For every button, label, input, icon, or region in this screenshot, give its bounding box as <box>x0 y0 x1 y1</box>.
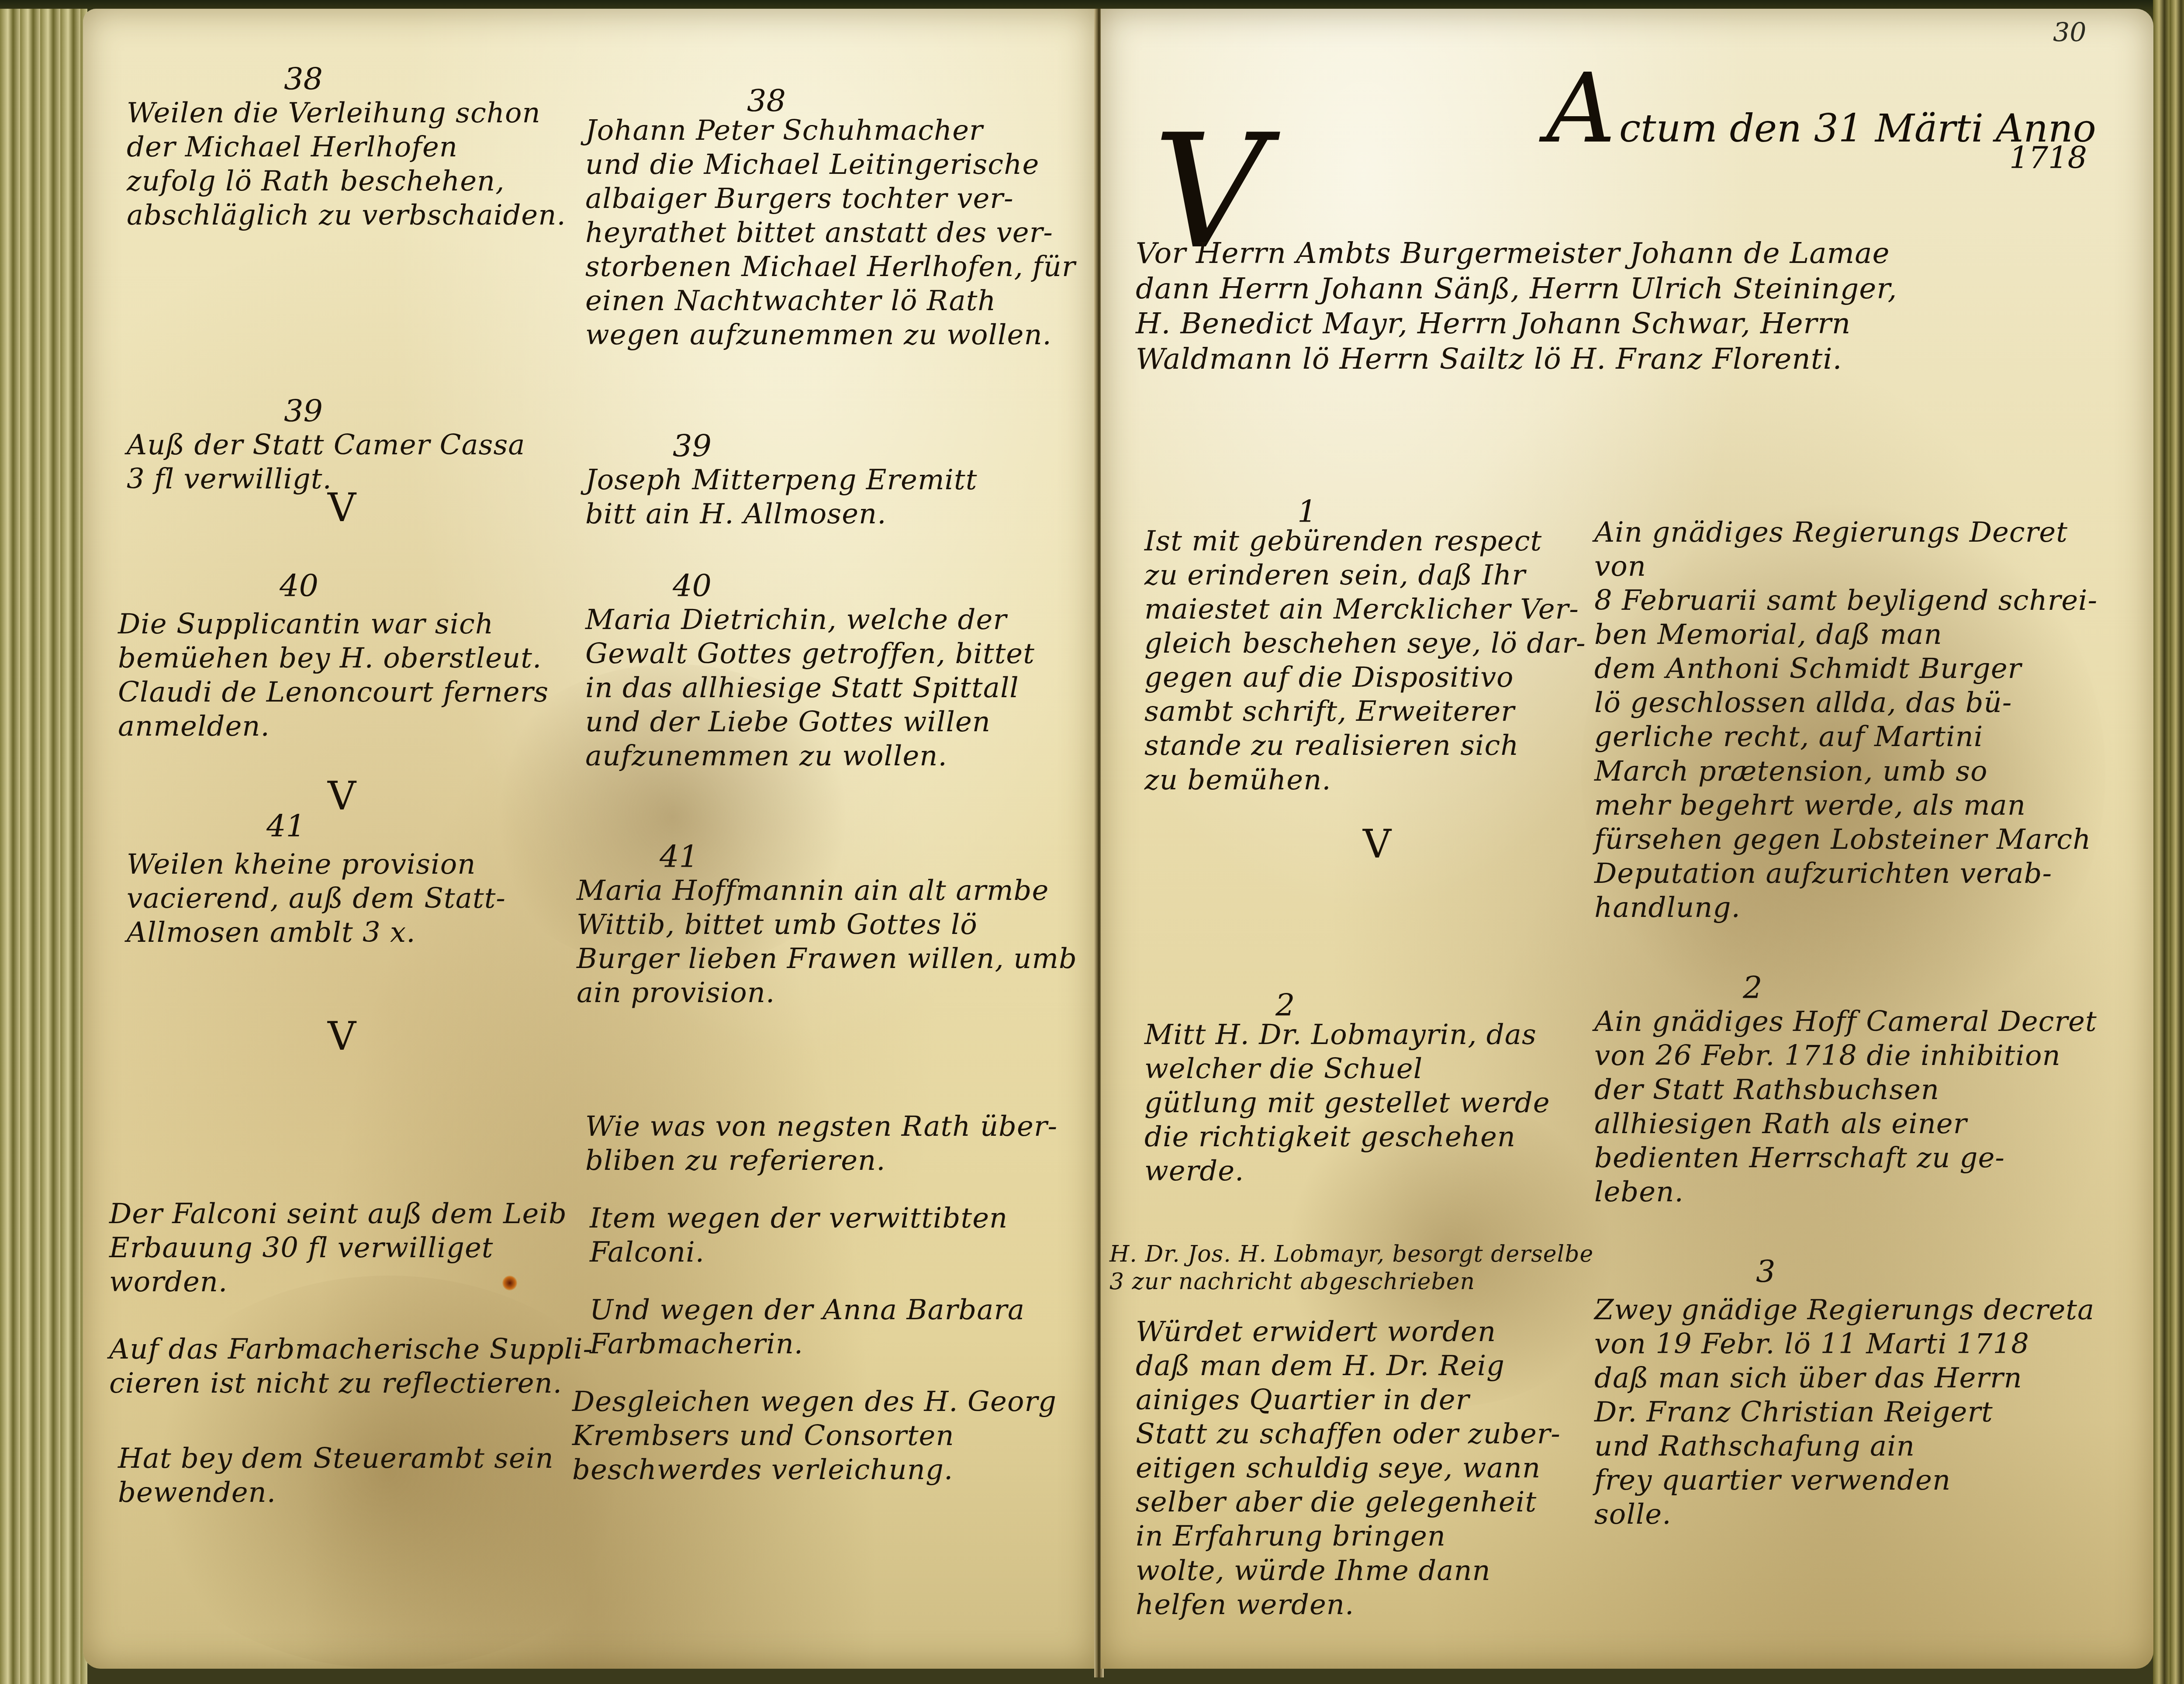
entry-text: Mitt H. Dr. Lobmayrin, das welcher die S… <box>1144 1018 1625 1188</box>
entry-text: Die Supplicantin war sich bemüehen bey H… <box>118 607 620 743</box>
session-heading: Actum den 31 Märti Anno <box>1546 70 2096 151</box>
entry-text: Würdet erwidert worden daß man dem H. Dr… <box>1136 1315 1616 1622</box>
entry-text: Ain gnädiges Hoff Cameral Decret von 26 … <box>1594 1005 2118 1209</box>
entry-text: Auß der Statt Camer Cassa 3 fl verwillig… <box>127 428 607 496</box>
entry-text: Maria Dietrichin, welche der Gewalt Gott… <box>585 603 1088 773</box>
entry-text: Ain gnädiges Regierungs Decret von 8 Feb… <box>1594 515 2118 925</box>
entry-number: 2 <box>1743 970 1762 1006</box>
entry-text: Der Falconi seint auß dem Leib Erbauung … <box>109 1197 612 1299</box>
check-mark: V <box>1363 821 1391 867</box>
heading-initial: A <box>1546 52 1616 164</box>
entry-text: Weilen kheine provision vacierend, auß d… <box>127 847 607 950</box>
left-page: 38 Weilen die Verleihung schon der Micha… <box>83 9 1096 1669</box>
entry-text: Desgleichen wegen des H. Georg Krembsers… <box>572 1385 1088 1487</box>
ink-spot <box>502 1276 517 1290</box>
right-page-edges <box>2153 0 2184 1684</box>
left-page-edges <box>0 9 87 1684</box>
right-page: 30 Actum den 31 Märti Anno 1718 V Vor He… <box>1101 9 2153 1669</box>
entry-text: Weilen die Verleihung schon der Michael … <box>127 96 607 232</box>
entry-text: Auf das Farbmacherische Suppli- cieren i… <box>109 1332 633 1400</box>
entry-number: 40 <box>280 568 318 604</box>
entry-number: 38 <box>284 61 323 97</box>
entry-number: 40 <box>673 568 712 604</box>
entry-number: 41 <box>266 808 305 844</box>
entry-number: 39 <box>673 428 712 464</box>
check-mark: V <box>328 773 356 819</box>
entry-text: Maria Hoffmannin ain alt armbe Wittib, b… <box>577 874 1079 1010</box>
entry-number: 3 <box>1756 1254 1776 1290</box>
entry-number: 39 <box>284 393 323 429</box>
entry-text: Zwey gnädige Regierungs decreta von 19 F… <box>1594 1293 2118 1532</box>
entry-text: Hat bey dem Steuerambt sein bewenden. <box>118 1442 620 1510</box>
entry-number: 41 <box>660 839 698 875</box>
entry-text: Ist mit gebürenden respect zu erinderen … <box>1144 524 1625 797</box>
check-mark: V <box>328 485 356 531</box>
entry-text: Und wegen der Anna Barbara Farbmacherin. <box>590 1293 1092 1361</box>
entry-text: Item wegen der verwittibten Falconi. <box>590 1201 1092 1269</box>
entry-text: Wie was von negsten Rath über- bliben zu… <box>585 1110 1088 1178</box>
folio-number: 30 <box>2053 17 2086 48</box>
attendance-list: Vor Herrn Ambts Burgermeister Johann de … <box>1136 236 2118 377</box>
entry-text: Johann Peter Schuhmacher und die Michael… <box>585 114 1088 353</box>
entry-text: Joseph Mitterpeng Eremitt bitt ain H. Al… <box>585 463 1088 531</box>
marginal-note: H. Dr. Jos. H. Lobmayr, besorgt derselbe… <box>1109 1241 1634 1296</box>
heading-year: 1718 <box>2009 140 2087 176</box>
check-mark: V <box>328 1013 356 1059</box>
open-book: 38 Weilen die Verleihung schon der Micha… <box>0 0 2184 1684</box>
